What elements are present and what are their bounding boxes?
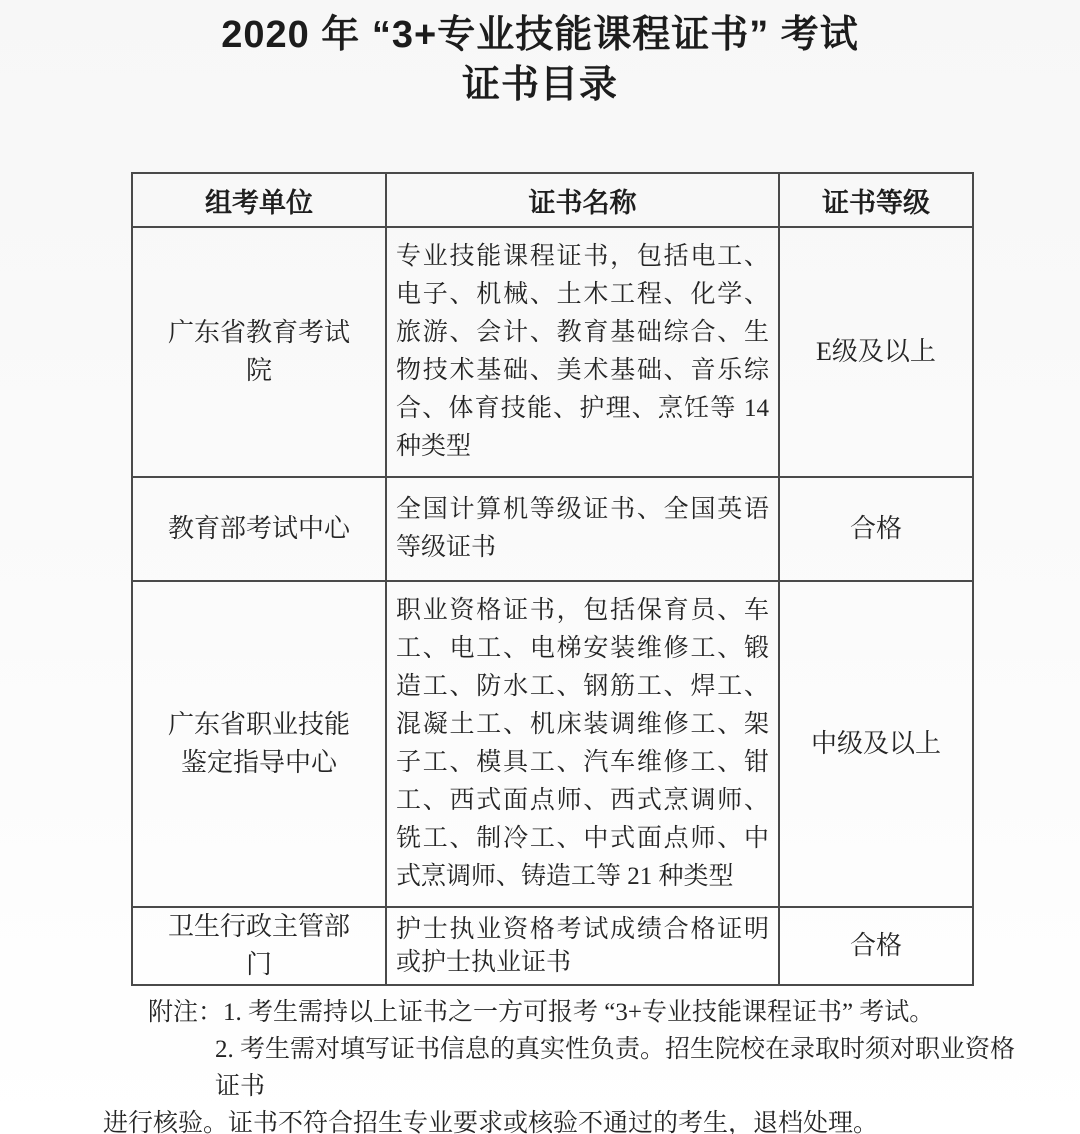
column-header-certificate-name: 证书名称 [386, 173, 779, 227]
column-header-certificate-level: 证书等级 [779, 173, 973, 227]
cert-level-cell: 合格 [779, 477, 973, 581]
table-row: 广东省教育考试院 专业技能课程证书，包括电工、电子、机械、土木工程、化学、旅游、… [132, 227, 973, 477]
cert-name-cell: 护士执业资格考试成绩合格证明或护士执业证书 [386, 907, 779, 985]
footnote-line-1: 附注：1. 考生需持以上证书之一方可报考 “3+专业技能课程证书” 考试。 [148, 994, 1020, 1031]
page-title: 2020 年 “3+专业技能课程证书” 考试 证书目录 [0, 0, 1080, 110]
footnotes: 附注：1. 考生需持以上证书之一方可报考 “3+专业技能课程证书” 考试。 2.… [0, 994, 1080, 1134]
org-cell: 教育部考试中心 [132, 477, 386, 581]
document-page: 2020 年 “3+专业技能课程证书” 考试 证书目录 组考单位 证书名称 证书… [0, 0, 1080, 1134]
cert-level-cell: 合格 [779, 907, 973, 985]
org-cell: 广东省职业技能鉴定指导中心 [132, 581, 386, 907]
cert-level-cell: 中级及以上 [779, 581, 973, 907]
table-row: 教育部考试中心 全国计算机等级证书、全国英语等级证书 合格 [132, 477, 973, 581]
footnote-line-2: 2. 考生需对填写证书信息的真实性负责。招生院校在录取时须对职业资格证书 [215, 1031, 1020, 1105]
column-header-organizing-unit: 组考单位 [132, 173, 386, 227]
cert-name-cell: 职业资格证书，包括保育员、车工、电工、电梯安装维修工、锻造工、防水工、钢筋工、焊… [386, 581, 779, 907]
org-cell: 广东省教育考试院 [132, 227, 386, 477]
footnote-line-3: 进行核验。证书不符合招生专业要求或核验不通过的考生，退档处理。 [103, 1105, 1020, 1134]
certificate-table: 组考单位 证书名称 证书等级 广东省教育考试院 专业技能课程证书，包括电工、电子… [131, 172, 974, 986]
page-title-line-1: 2020 年 “3+专业技能课程证书” 考试 [0, 10, 1080, 60]
table-row: 卫生行政主管部门 护士执业资格考试成绩合格证明或护士执业证书 合格 [132, 907, 973, 985]
page-title-line-2: 证书目录 [0, 60, 1080, 110]
cert-level-cell: E级及以上 [779, 227, 973, 477]
table-row: 广东省职业技能鉴定指导中心 职业资格证书，包括保育员、车工、电工、电梯安装维修工… [132, 581, 973, 907]
table-header-row: 组考单位 证书名称 证书等级 [132, 173, 973, 227]
cert-name-cell: 专业技能课程证书，包括电工、电子、机械、土木工程、化学、旅游、会计、教育基础综合… [386, 227, 779, 477]
org-cell: 卫生行政主管部门 [132, 907, 386, 985]
cert-name-cell: 全国计算机等级证书、全国英语等级证书 [386, 477, 779, 581]
